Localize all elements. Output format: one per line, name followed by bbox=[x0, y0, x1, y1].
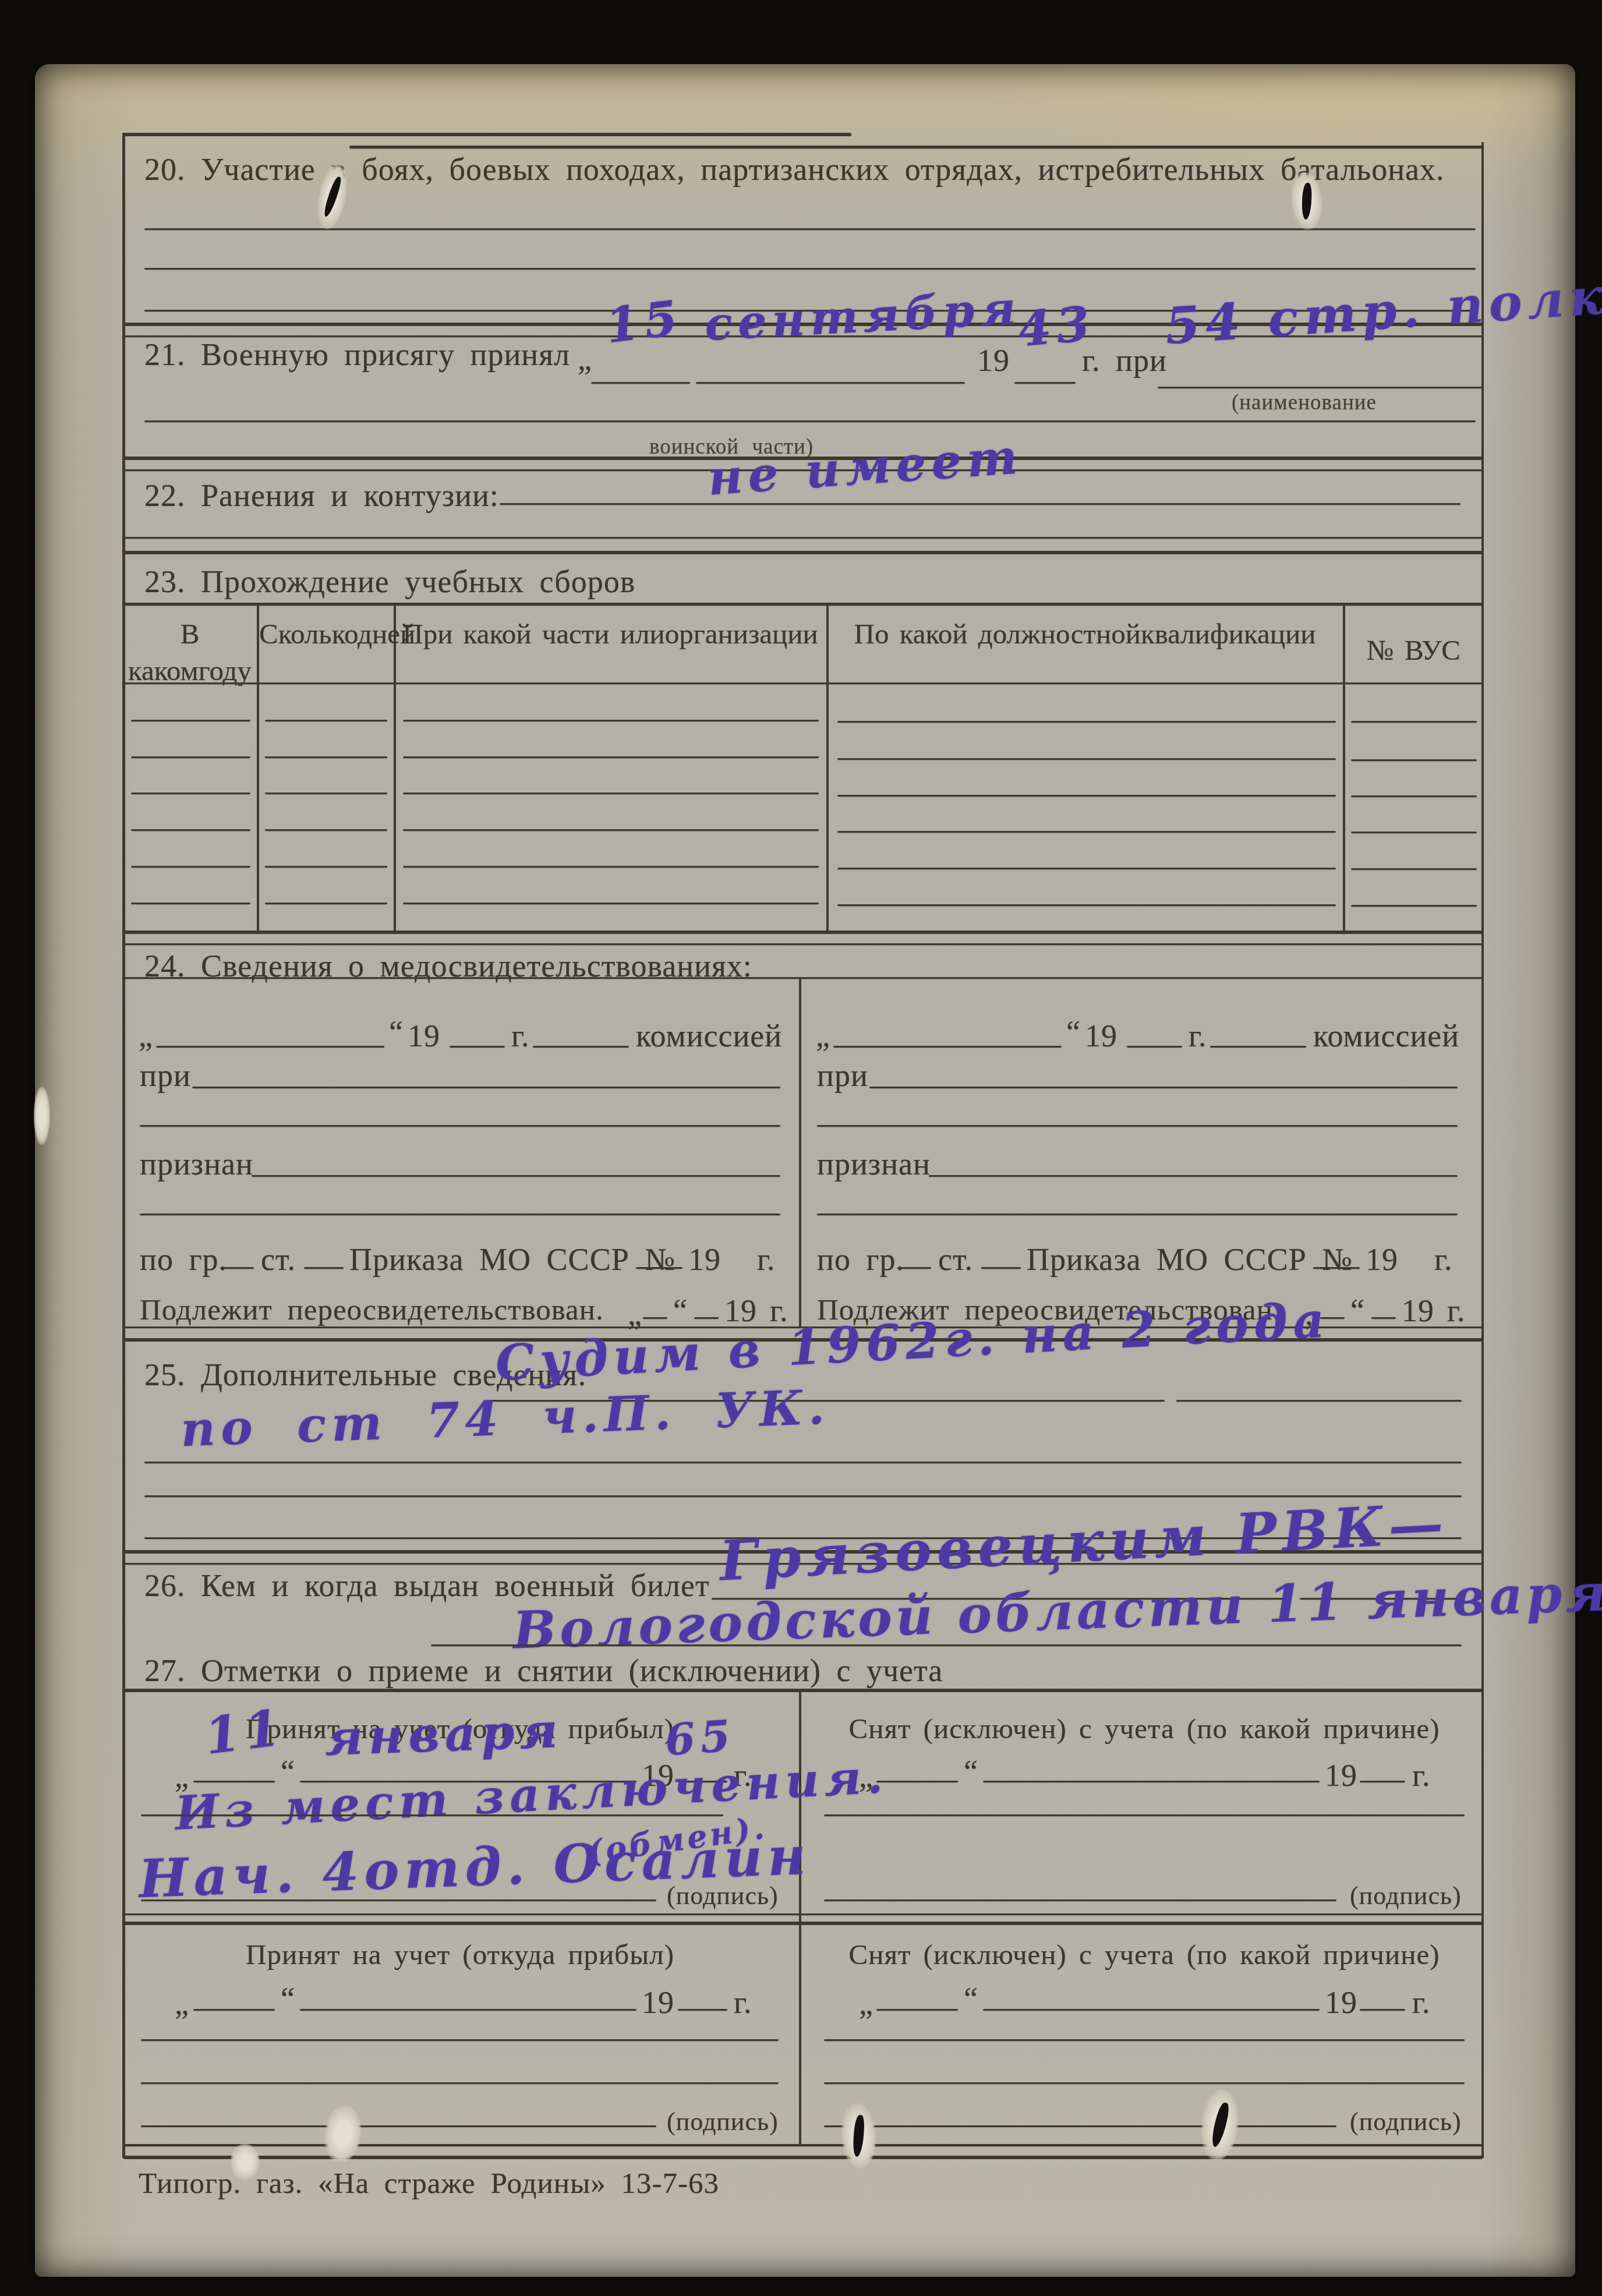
commission-label: комиссией bbox=[636, 1019, 782, 1053]
year-prefix: 19 bbox=[408, 1019, 440, 1053]
year-suffix: г. bbox=[1189, 1019, 1207, 1053]
fill-line bbox=[643, 1317, 667, 1319]
table-bottom-border2 bbox=[122, 943, 1484, 945]
med-top-line bbox=[122, 977, 1484, 979]
section-separator bbox=[123, 551, 1483, 554]
fill-line bbox=[220, 1267, 254, 1269]
year-prefix: 19 bbox=[1325, 1759, 1357, 1793]
signature-line bbox=[824, 1899, 1336, 1901]
section23-title: 23. Прохождение учебных сборов bbox=[144, 565, 635, 599]
registry-table-top bbox=[122, 1689, 1484, 1692]
fill-line bbox=[533, 1046, 629, 1048]
row-line bbox=[1351, 795, 1477, 797]
fill-line bbox=[983, 1781, 1320, 1782]
section-separator bbox=[123, 537, 1483, 539]
year-suffix: г. bbox=[1412, 1759, 1431, 1793]
row-line bbox=[131, 903, 250, 904]
fill-line bbox=[1158, 387, 1483, 388]
row-line bbox=[403, 829, 819, 831]
fill-line bbox=[983, 2009, 1320, 2011]
row-line bbox=[403, 903, 819, 904]
box-right-border bbox=[1481, 142, 1484, 2158]
remove-header: Снят (исключен) с учета (по какой причин… bbox=[815, 1713, 1473, 1745]
signature-label: (подпись) bbox=[667, 2108, 779, 2136]
row-line bbox=[403, 756, 819, 758]
fill-line bbox=[1014, 382, 1076, 384]
quote-open: „ bbox=[578, 342, 592, 377]
signature-line bbox=[824, 2125, 1336, 2127]
handwritten-accept-month: января bbox=[324, 1707, 564, 1763]
quote-close: “ bbox=[673, 1294, 688, 1328]
handwritten-oath-day: 15 bbox=[603, 293, 685, 350]
fill-line bbox=[1210, 1046, 1306, 1048]
col-header-unit: При какой части илиорганизации bbox=[396, 616, 825, 653]
table-header-underline bbox=[123, 682, 1483, 684]
box-top-border-right bbox=[349, 146, 1483, 148]
year-suffix: г. bbox=[1447, 1294, 1466, 1328]
year-prefix: 19 bbox=[642, 1986, 674, 2020]
fill-line bbox=[1360, 1781, 1405, 1782]
fill-line bbox=[431, 1644, 1462, 1646]
quote-close: “ bbox=[1066, 1016, 1081, 1050]
order-label: Приказа МО СССР № bbox=[349, 1243, 676, 1277]
row-line bbox=[837, 868, 1336, 869]
priznan-label: признан bbox=[817, 1147, 931, 1181]
handwritten-accept-year: 65 bbox=[664, 1714, 737, 1762]
box-top-border-left bbox=[123, 133, 851, 136]
row-line bbox=[403, 866, 819, 868]
fill-line bbox=[300, 2009, 636, 2011]
fill-line bbox=[140, 1125, 780, 1127]
signature-line bbox=[141, 1899, 656, 1901]
col-header-qualification: По какой должностнойквалификации bbox=[829, 616, 1341, 653]
ruled-line bbox=[144, 228, 1476, 230]
fill-line bbox=[1313, 1267, 1360, 1269]
fill-line bbox=[876, 1781, 958, 1782]
resurvey-label: Подлежит переосвидетельствован. bbox=[140, 1294, 604, 1326]
row-line bbox=[1351, 905, 1477, 907]
row-line bbox=[837, 758, 1336, 760]
quote-open: „ bbox=[175, 1987, 189, 2021]
fill-line bbox=[140, 1214, 780, 1215]
med-col-divider bbox=[799, 977, 801, 1326]
quote-close: “ bbox=[281, 1982, 295, 2016]
fill-line bbox=[1176, 1400, 1462, 1402]
fill-line bbox=[897, 1267, 931, 1269]
row-line bbox=[837, 721, 1336, 723]
fill-line bbox=[678, 2009, 727, 2011]
fill-line bbox=[824, 2039, 1465, 2041]
printing-house-imprint: Типогр. газ. «На страже Родины» 13-7-63 bbox=[139, 2167, 719, 2200]
accept-header: Принят на учет (откуда прибыл) bbox=[134, 1939, 786, 1970]
fill-line bbox=[141, 2039, 779, 2041]
pri-label: при bbox=[817, 1059, 868, 1093]
fill-line bbox=[1371, 1317, 1396, 1319]
handwritten-accept-day: 11 bbox=[202, 1703, 288, 1762]
priznan-label: признан bbox=[140, 1147, 253, 1181]
scanned-military-document: { "common": { "q_open": "„", "q_close": … bbox=[0, 0, 1602, 2296]
fill-line bbox=[193, 2009, 275, 2011]
col-header-vus: № ВУС bbox=[1345, 632, 1482, 669]
section21-label: 21. Военную присягу принял bbox=[144, 338, 570, 372]
row-line bbox=[265, 756, 387, 758]
fill-line bbox=[500, 503, 1460, 505]
table-top-border bbox=[122, 603, 1484, 606]
year-mid-label: г. при bbox=[1082, 344, 1167, 378]
row-line bbox=[131, 793, 250, 794]
year-prefix: 19 bbox=[1325, 1986, 1357, 2020]
fill-line bbox=[817, 1214, 1458, 1215]
pri-label: при bbox=[140, 1059, 191, 1093]
row-line bbox=[1351, 759, 1477, 761]
year-prefix: 19 bbox=[1085, 1019, 1117, 1053]
row-line bbox=[265, 829, 387, 831]
year-suffix: г. bbox=[1412, 1986, 1431, 2020]
row-line bbox=[1351, 721, 1477, 723]
row-line bbox=[265, 720, 387, 721]
ruled-line bbox=[144, 420, 1476, 422]
quote-close: “ bbox=[1350, 1294, 1365, 1328]
fill-line bbox=[252, 1175, 780, 1177]
year-prefix: 19 bbox=[977, 344, 1010, 378]
signature-label: (подпись) bbox=[667, 1882, 779, 1910]
fill-line bbox=[824, 2082, 1465, 2084]
fill-line bbox=[156, 1046, 384, 1048]
quote-close: “ bbox=[389, 1016, 404, 1050]
row-line bbox=[837, 904, 1336, 906]
fill-line bbox=[876, 2009, 958, 2011]
row-line bbox=[1351, 832, 1477, 833]
quote-close: “ bbox=[964, 1755, 978, 1789]
year-prefix: 19 bbox=[688, 1243, 721, 1277]
year-suffix: г. bbox=[734, 1986, 752, 2020]
year-suffix: г. bbox=[757, 1243, 776, 1277]
quote-close: “ bbox=[964, 1982, 978, 2016]
commission-label: комиссией bbox=[1313, 1019, 1459, 1053]
fill-line bbox=[141, 1814, 723, 1816]
row-line bbox=[403, 793, 819, 794]
fill-line bbox=[696, 382, 965, 384]
fill-line bbox=[833, 1046, 1062, 1048]
st-label: ст. bbox=[261, 1243, 296, 1277]
table-bottom-border bbox=[122, 931, 1484, 934]
fill-line bbox=[304, 1267, 344, 1269]
po-gr-label: по гр. bbox=[817, 1243, 904, 1277]
ruled-line bbox=[144, 1462, 1462, 1463]
fill-line bbox=[824, 1814, 1465, 1816]
fill-line bbox=[694, 1317, 719, 1319]
order-label: Приказа МО СССР № bbox=[1027, 1243, 1353, 1277]
row-line bbox=[1351, 868, 1477, 870]
remove-header: Снят (исключен) с учета (по какой причин… bbox=[815, 1939, 1473, 1970]
year-prefix: 19 bbox=[1402, 1294, 1434, 1328]
signature-label: (подпись) bbox=[1350, 2108, 1462, 2136]
box-bottom-border-thick bbox=[123, 2156, 1483, 2159]
row-line bbox=[265, 793, 387, 794]
fill-line bbox=[929, 1175, 1458, 1177]
fill-line bbox=[141, 2082, 779, 2084]
st-label: ст. bbox=[938, 1243, 973, 1277]
section22-label: 22. Ранения и контузии: bbox=[144, 479, 499, 513]
year-suffix: г. bbox=[1434, 1243, 1453, 1277]
row-line bbox=[837, 795, 1336, 797]
row-line bbox=[403, 720, 819, 721]
fill-line bbox=[192, 1087, 780, 1088]
box-left-border bbox=[122, 133, 125, 2158]
registry-row-divider bbox=[123, 1922, 1483, 1925]
fill-line bbox=[981, 1267, 1021, 1269]
fill-line bbox=[450, 1046, 505, 1048]
registry-row-divider bbox=[123, 1913, 1483, 1915]
year-prefix: 19 bbox=[1366, 1243, 1398, 1277]
signature-label: (подпись) bbox=[1350, 1882, 1462, 1910]
row-line bbox=[131, 829, 250, 831]
fill-line bbox=[636, 1267, 682, 1269]
row-line bbox=[837, 831, 1336, 833]
section27-title: 27. Отметки о приеме и снятии (исключени… bbox=[144, 1654, 943, 1688]
signature-line bbox=[141, 2125, 656, 2127]
row-line bbox=[131, 866, 250, 868]
row-line bbox=[131, 756, 250, 758]
quote-open: „ bbox=[859, 1987, 874, 2021]
fill-line bbox=[591, 382, 690, 384]
year-suffix: г. bbox=[511, 1019, 530, 1053]
col-header-days: Сколькодней bbox=[259, 616, 392, 653]
fill-line bbox=[1127, 1046, 1182, 1048]
hint-naimenovanie: (наименование bbox=[1232, 391, 1377, 415]
ruled-line bbox=[144, 268, 1476, 270]
fill-line bbox=[869, 1087, 1458, 1088]
row-line bbox=[131, 720, 250, 721]
quote-open: „ bbox=[816, 1019, 830, 1053]
fill-line bbox=[1360, 2009, 1405, 2011]
col-header-year: В какомгоду bbox=[125, 616, 254, 689]
ruled-line bbox=[144, 1495, 1462, 1497]
quote-open: „ bbox=[139, 1019, 153, 1053]
po-gr-label: по гр. bbox=[140, 1243, 227, 1277]
fill-line bbox=[817, 1125, 1458, 1127]
row-line bbox=[265, 866, 387, 868]
row-line bbox=[265, 903, 387, 904]
